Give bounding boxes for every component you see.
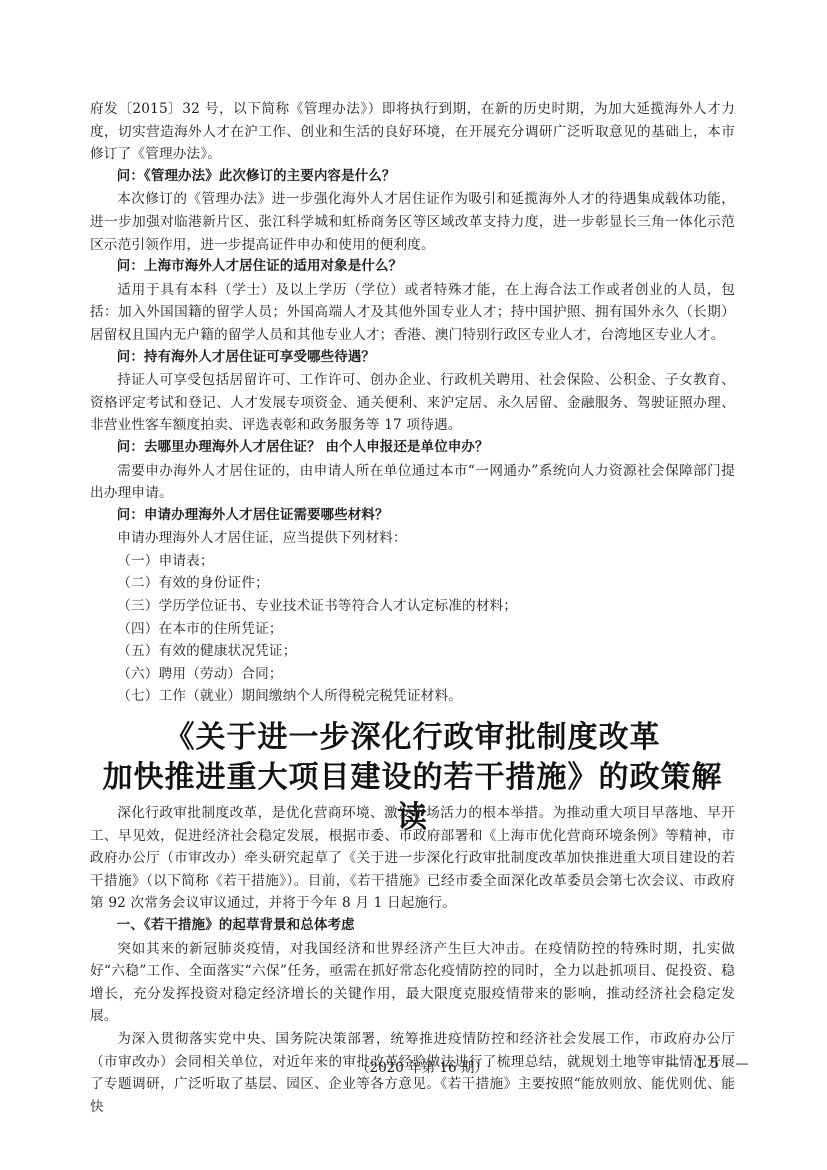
body-paragraph: 突如其来的新冠肺炎疫情，对我国经济和世界经济产生巨大冲击。在疫情防控的特殊时期，… xyxy=(90,938,735,1028)
list-item: （七）工作（就业）期间缴纳个人所得税完税凭证材料。 xyxy=(90,685,735,708)
page-number: — 15 — xyxy=(666,1056,755,1072)
answer-paragraph: 申请办理海外人才居住证，应当提供下列材料： xyxy=(90,527,735,550)
question-heading: 问：申请办理海外人才居住证需要哪些材料？ xyxy=(90,505,735,528)
issue-label: （2020 年第 16 期） xyxy=(356,1056,488,1076)
answer-paragraph: 持证人可享受包括居留许可、工作许可、创办企业、行政机关聘用、社会保险、公积金、子… xyxy=(90,369,735,437)
list-item: （六）聘用（劳动）合同； xyxy=(90,663,735,686)
answer-paragraph: 适用于具有本科（学士）及以上学历（学位）或者特殊才能，在上海合法工作或者创业的人… xyxy=(90,279,735,347)
question-heading: 问：持有海外人才居住证可享受哪些待遇？ xyxy=(90,347,735,370)
materials-list: （一）申请表； （二）有效的身份证件； （三）学历学位证书、专业技术证书等符合人… xyxy=(90,550,735,708)
list-item: （五）有效的健康状况凭证； xyxy=(90,640,735,663)
section-heading: 一、《若干措施》的起草背景和总体考虑 xyxy=(90,915,735,938)
page-footer: （2020 年第 16 期） — 15 — xyxy=(0,1056,827,1080)
answer-paragraph: 需要申办海外人才居住证的，由申请人所在单位通过本市“一网通办”系统向人力资源社会… xyxy=(90,460,735,505)
faq-section: 府发〔2015〕32 号，以下简称《管理办法》）即将执行到期，在新的历史时期，为… xyxy=(90,98,735,708)
list-item: （一）申请表； xyxy=(90,550,735,573)
list-item: （二）有效的身份证件； xyxy=(90,572,735,595)
question-heading: 问：去哪里办理海外人才居住证？ 由个人申报还是单位申办？ xyxy=(90,437,735,460)
article-title-line-1: 《关于进一步深化行政审批制度改革 xyxy=(90,718,735,758)
continued-paragraph: 府发〔2015〕32 号，以下简称《管理办法》）即将执行到期，在新的历史时期，为… xyxy=(90,98,735,166)
answer-paragraph: 本次修订的《管理办法》进一步强化海外人才居住证作为吸引和延揽海外人才的待遇集成载… xyxy=(90,188,735,256)
intro-paragraph: 深化行政审批制度改革，是优化营商环境、激发市场活力的根本举措。为推动重大项目早落… xyxy=(90,802,735,915)
question-heading: 问：上海市海外人才居住证的适用对象是什么？ xyxy=(90,256,735,279)
list-item: （四）在本市的住所凭证； xyxy=(90,618,735,641)
question-heading: 问：《管理办法》此次修订的主要内容是什么？ xyxy=(90,166,735,189)
list-item: （三）学历学位证书、专业技术证书等符合人才认定标准的材料； xyxy=(90,595,735,618)
